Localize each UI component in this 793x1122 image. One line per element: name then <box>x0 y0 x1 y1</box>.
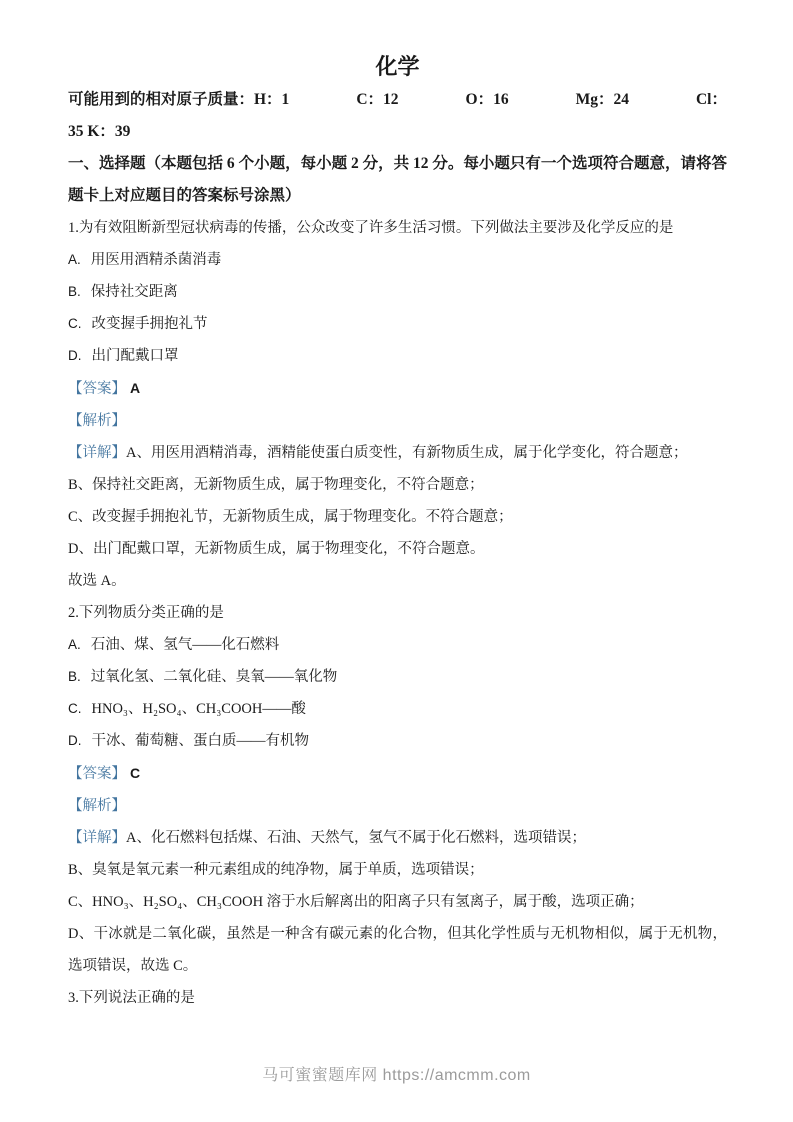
option-letter: D. <box>68 348 82 363</box>
option-row: B.保持社交距离 <box>68 276 727 308</box>
analysis-line: 【解析】 <box>68 405 727 437</box>
option-letter: C. <box>68 316 82 331</box>
option-row: D.出门配戴口罩 <box>68 340 727 372</box>
detail-label: 【详解】 <box>68 445 126 461</box>
page-title: 化学 <box>68 50 727 84</box>
option-text: HNO₃、H₂SO₄、CH₃COOH——酸 <box>92 701 306 717</box>
answer-label: 【答案】 <box>68 766 126 782</box>
option-letter: A. <box>68 637 81 652</box>
question-stem: 1.为有效阻断新型冠状病毒的传播，公众改变了许多生活习惯。下列做法主要涉及化学反… <box>68 212 727 244</box>
atomic-mass-cl: Cl： <box>696 84 727 116</box>
detail-conclusion: 故选 A。 <box>68 565 727 597</box>
question-block-1: 1.为有效阻断新型冠状病毒的传播，公众改变了许多生活习惯。下列做法主要涉及化学反… <box>68 212 727 597</box>
detail-line: C、改变握手拥抱礼节，无新物质生成，属于物理变化。不符合题意； <box>68 501 727 533</box>
answer-line: 【答案】A <box>68 372 727 405</box>
atomic-mass-mg: Mg：24 <box>576 84 629 116</box>
analysis-label: 【解析】 <box>68 413 126 429</box>
question-block-2: 2.下列物质分类正确的是 A.石油、煤、氢气——化石燃料 B.过氧化氢、二氧化硅… <box>68 597 727 982</box>
answer-label: 【答案】 <box>68 381 126 397</box>
option-text: 干冰、葡萄糖、蛋白质——有机物 <box>92 733 310 749</box>
detail-line: B、臭氧是氧元素一种元素组成的纯净物，属于单质，选项错误； <box>68 854 727 886</box>
detail-line: D、出门配戴口罩，无新物质生成，属于物理变化，不符合题意。 <box>68 533 727 565</box>
atomic-mass-line-2: 35 K：39 <box>68 116 727 148</box>
option-letter: C. <box>68 701 82 716</box>
atomic-mass-o: O：16 <box>466 84 509 116</box>
option-letter: B. <box>68 284 81 299</box>
analysis-line: 【解析】 <box>68 790 727 822</box>
detail-line: D、干冰就是二氧化碳，虽然是一种含有碳元素的化合物，但其化学性质与无机物相似，属… <box>68 918 727 982</box>
analysis-label: 【解析】 <box>68 798 126 814</box>
option-text: 石油、煤、氢气——化石燃料 <box>91 637 280 653</box>
detail-text: A、化石燃料包括煤、石油、天然气，氢气不属于化石燃料，选项错误； <box>126 830 586 846</box>
option-row: D.干冰、葡萄糖、蛋白质——有机物 <box>68 725 727 757</box>
option-row: C.HNO₃、H₂SO₄、CH₃COOH——酸 <box>68 693 727 725</box>
detail-line: 【详解】A、用医用酒精消毒，酒精能使蛋白质变性，有新物质生成，属于化学变化，符合… <box>68 437 727 469</box>
detail-line: 【详解】A、化石燃料包括煤、石油、天然气，氢气不属于化石燃料，选项错误； <box>68 822 727 854</box>
detail-line: C、HNO₃、H₂SO₄、CH₃COOH 溶于水后解离出的阳离子只有氢离子，属于… <box>68 886 727 918</box>
detail-line: B、保持社交距离，无新物质生成，属于物理变化，不符合题意； <box>68 469 727 501</box>
atomic-mass-line-1: 可能用到的相对原子质量：H：1 C：12 O：16 Mg：24 Cl： <box>68 84 727 116</box>
detail-text: A、用医用酒精消毒，酒精能使蛋白质变性，有新物质生成，属于化学变化，符合题意； <box>126 445 687 461</box>
next-question-stem: 3.下列说法正确的是 <box>68 982 727 1014</box>
atomic-mass-intro: 可能用到的相对原子质量：H：1 <box>68 84 289 116</box>
answer-line: 【答案】C <box>68 757 727 790</box>
section-heading: 一、选择题（本题包括 6 个小题，每小题 2 分，共 12 分。每小题只有一个选… <box>68 148 727 212</box>
site-watermark: 马可蜜蜜题库网 https://amcmm.com <box>0 1062 793 1085</box>
option-text: 用医用酒精杀菌消毒 <box>91 252 222 268</box>
exam-page: 化学 可能用到的相对原子质量：H：1 C：12 O：16 Mg：24 Cl： 3… <box>0 0 793 1122</box>
option-letter: B. <box>68 669 81 684</box>
answer-value: A <box>130 380 140 396</box>
option-text: 改变握手拥抱礼节 <box>92 316 208 332</box>
option-letter: A. <box>68 252 81 267</box>
atomic-mass-c: C：12 <box>356 84 398 116</box>
option-row: C.改变握手拥抱礼节 <box>68 308 727 340</box>
option-row: A.用医用酒精杀菌消毒 <box>68 244 727 276</box>
option-text: 保持社交距离 <box>91 284 178 300</box>
question-stem: 2.下列物质分类正确的是 <box>68 597 727 629</box>
option-row: B.过氧化氢、二氧化硅、臭氧——氧化物 <box>68 661 727 693</box>
answer-value: C <box>130 765 140 781</box>
option-row: A.石油、煤、氢气——化石燃料 <box>68 629 727 661</box>
option-text: 过氧化氢、二氧化硅、臭氧——氧化物 <box>91 669 338 685</box>
option-text: 出门配戴口罩 <box>92 348 179 364</box>
detail-label: 【详解】 <box>68 830 126 846</box>
option-letter: D. <box>68 733 82 748</box>
